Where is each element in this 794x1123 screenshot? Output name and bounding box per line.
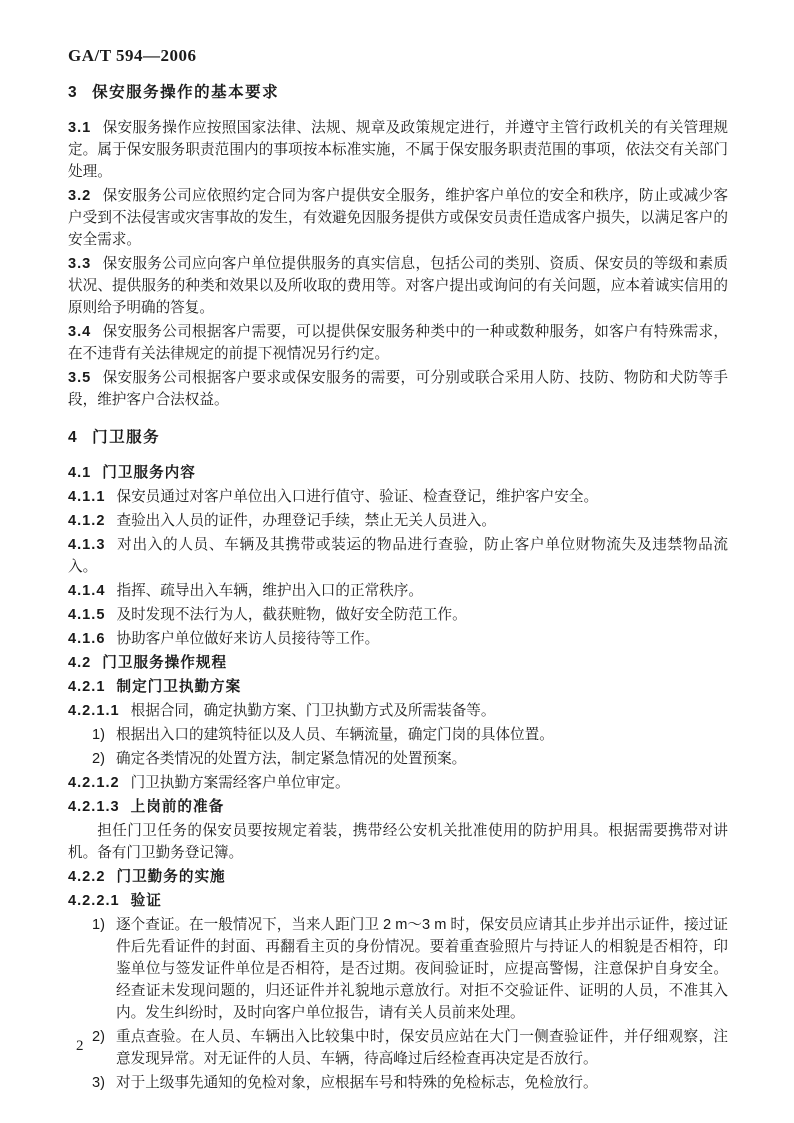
clause-text: 保安员通过对客户单位出入口进行值守、验证、检查登记，维护客户安全。 [116, 489, 598, 505]
section-heading: 3保安服务操作的基本要求 [68, 82, 728, 104]
section-title: 门卫服务 [92, 429, 160, 446]
clause-paragraph: 3.2保安服务公司应依照约定合同为客户提供安全服务，维护客户单位的安全和秩序，防… [68, 185, 728, 251]
clause-number: 3.1 [68, 120, 91, 136]
list-item-number: 2) [92, 1026, 116, 1070]
clause-paragraph: 4.2.1.1根据合同，确定执勤方案、门卫执勤方式及所需装备等。 [68, 700, 728, 722]
clause-number: 3.5 [68, 370, 91, 386]
clause-number: 4.1.4 [68, 583, 105, 599]
list-item: 3)对于上级事先通知的免检对象，应根据车号和特殊的免检标志，免检放行。 [92, 1072, 728, 1094]
clause-heading: 4.2.2门卫勤务的实施 [68, 866, 728, 888]
section-number: 3 [68, 84, 77, 101]
clause-title: 上岗前的准备 [131, 799, 225, 815]
clause-number: 3.4 [68, 324, 91, 340]
clause-text: 保安服务公司应向客户单位提供服务的真实信息，包括公司的类别、资质、保安员的等级和… [68, 256, 728, 316]
clause-paragraph: 4.1.4指挥、疏导出入车辆，维护出入口的正常秩序。 [68, 580, 728, 602]
clause-number: 4.1.1 [68, 489, 105, 505]
clause-number: 4.2.1.2 [68, 775, 120, 791]
clause-text: 保安服务公司根据客户要求或保安服务的需要，可分别或联合采用人防、技防、物防和犬防… [68, 370, 728, 408]
clause-paragraph: 3.3保安服务公司应向客户单位提供服务的真实信息，包括公司的类别、资质、保安员的… [68, 253, 728, 319]
clause-number: 4.1 [68, 465, 91, 481]
clause-paragraph: 3.1保安服务操作应按照国家法律、法规、规章及政策规定进行，并遵守主管行政机关的… [68, 117, 728, 183]
section-heading: 4门卫服务 [68, 427, 728, 449]
clause-paragraph: 3.4保安服务公司根据客户需要，可以提供保安服务种类中的一种或数种服务，如客户有… [68, 321, 728, 365]
list-item-text: 对于上级事先通知的免检对象，应根据车号和特殊的免检标志，免检放行。 [116, 1072, 728, 1094]
list-item-number: 1) [92, 914, 116, 1024]
clause-number: 4.2.2 [68, 869, 105, 885]
clause-number: 4.2.1.3 [68, 799, 120, 815]
clause-number: 3.3 [68, 256, 91, 272]
page-number: 2 [76, 1038, 84, 1055]
list-item: 1)逐个查证。在一般情况下，当来人距门卫 2 m～3 m 时，保安员应请其止步并… [92, 914, 728, 1024]
clause-number: 4.2 [68, 655, 91, 671]
clause-text: 协助客户单位做好来访人员接待等工作。 [116, 631, 379, 647]
list-item: 2)确定各类情况的处置方法，制定紧急情况的处置预案。 [92, 748, 728, 770]
list-item: 1)根据出入口的建筑特征以及人员、车辆流量，确定门岗的具体位置。 [92, 724, 728, 746]
clause-heading: 4.2.1.3上岗前的准备 [68, 796, 728, 818]
standard-number: GA/T 594—2006 [68, 46, 728, 66]
clause-text: 查验出入人员的证件，办理登记手续，禁止无关人员进入。 [116, 513, 495, 529]
clause-paragraph: 4.1.3对出入的人员、车辆及其携带或装运的物品进行查验，防止客户单位财物流失及… [68, 534, 728, 578]
clause-number: 4.2.1 [68, 679, 105, 695]
clause-heading: 4.1门卫服务内容 [68, 462, 728, 484]
clause-text: 对出入的人员、车辆及其携带或装运的物品进行查验，防止客户单位财物流失及违禁物品流… [68, 537, 728, 575]
clause-number: 4.2.1.1 [68, 703, 120, 719]
list-item-text: 根据出入口的建筑特征以及人员、车辆流量，确定门岗的具体位置。 [116, 724, 728, 746]
section-title: 保安服务操作的基本要求 [92, 84, 279, 101]
clause-title: 门卫服务内容 [102, 465, 196, 481]
clause-title: 制定门卫执勤方案 [116, 679, 241, 695]
clause-number: 4.1.2 [68, 513, 105, 529]
clause-text: 保安服务操作应按照国家法律、法规、规章及政策规定进行，并遵守主管行政机关的有关管… [68, 120, 728, 180]
clause-text: 门卫执勤方案需经客户单位审定。 [131, 775, 350, 791]
clause-paragraph: 4.1.5及时发现不法行为人，截获赃物，做好安全防范工作。 [68, 604, 728, 626]
list-item-text: 逐个查证。在一般情况下，当来人距门卫 2 m～3 m 时，保安员应请其止步并出示… [116, 914, 728, 1024]
paragraph-text: 担任门卫任务的保安员要按规定着装，携带经公安机关批准使用的防护用具。根据需要携带… [68, 823, 728, 861]
document-page: GA/T 594—2006 3保安服务操作的基本要求3.1保安服务操作应按照国家… [0, 0, 794, 1123]
clause-heading: 4.2.1制定门卫执勤方案 [68, 676, 728, 698]
list-item-number: 3) [92, 1072, 116, 1094]
clause-title: 门卫服务操作规程 [102, 655, 227, 671]
clause-number: 4.2.2.1 [68, 893, 120, 909]
clause-paragraph: 4.1.1保安员通过对客户单位出入口进行值守、验证、检查登记，维护客户安全。 [68, 486, 728, 508]
list-item-text: 确定各类情况的处置方法，制定紧急情况的处置预案。 [116, 748, 728, 770]
clause-number: 4.1.6 [68, 631, 105, 647]
clause-number: 4.1.5 [68, 607, 105, 623]
clause-number: 3.2 [68, 188, 91, 204]
clause-text: 及时发现不法行为人，截获赃物，做好安全防范工作。 [116, 607, 466, 623]
section-number: 4 [68, 429, 77, 446]
clause-text: 保安服务公司应依照约定合同为客户提供安全服务，维护客户单位的安全和秩序，防止或减… [68, 188, 728, 248]
clause-text: 指挥、疏导出入车辆，维护出入口的正常秩序。 [116, 583, 422, 599]
clause-title: 门卫勤务的实施 [116, 869, 225, 885]
clause-text: 保安服务公司根据客户需要，可以提供保安服务种类中的一种或数种服务，如客户有特殊需… [68, 324, 728, 362]
clause-heading: 4.2门卫服务操作规程 [68, 652, 728, 674]
list-item-number: 1) [92, 724, 116, 746]
list-item-number: 2) [92, 748, 116, 770]
clause-heading: 4.2.2.1验证 [68, 890, 728, 912]
clause-text: 根据合同，确定执勤方案、门卫执勤方式及所需装备等。 [131, 703, 496, 719]
clause-number: 4.1.3 [68, 537, 105, 553]
list-item: 2)重点查验。在人员、车辆出入比较集中时，保安员应站在大门一侧查验证件，并仔细观… [92, 1026, 728, 1070]
list-item-text: 重点查验。在人员、车辆出入比较集中时，保安员应站在大门一侧查验证件，并仔细观察，… [116, 1026, 728, 1070]
clause-title: 验证 [131, 893, 162, 909]
indented-paragraph: 担任门卫任务的保安员要按规定着装，携带经公安机关批准使用的防护用具。根据需要携带… [68, 820, 728, 864]
clause-paragraph: 4.1.6协助客户单位做好来访人员接待等工作。 [68, 628, 728, 650]
clause-paragraph: 4.1.2查验出入人员的证件，办理登记手续，禁止无关人员进入。 [68, 510, 728, 532]
document-body: 3保安服务操作的基本要求3.1保安服务操作应按照国家法律、法规、规章及政策规定进… [68, 82, 728, 1094]
clause-paragraph: 4.2.1.2门卫执勤方案需经客户单位审定。 [68, 772, 728, 794]
clause-paragraph: 3.5保安服务公司根据客户要求或保安服务的需要，可分别或联合采用人防、技防、物防… [68, 367, 728, 411]
